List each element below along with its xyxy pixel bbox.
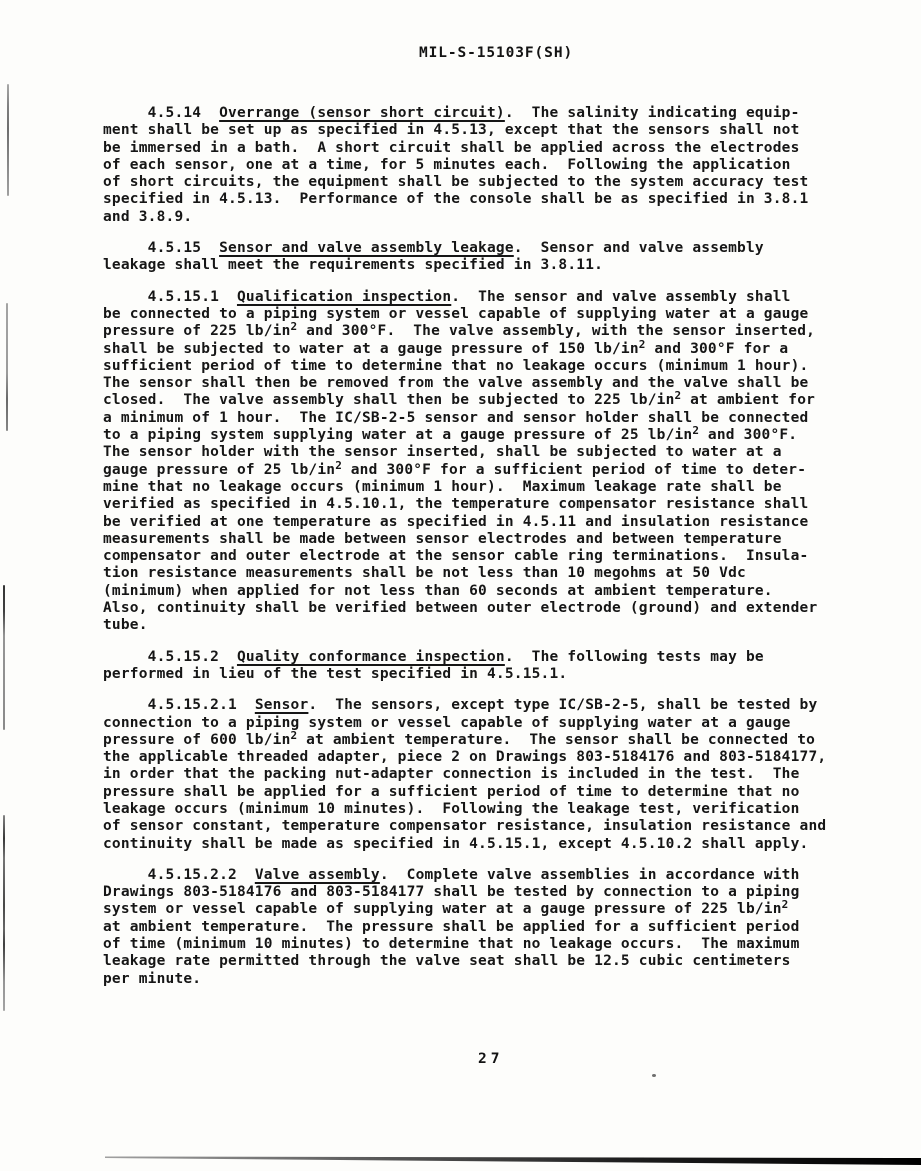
text-segment: 4.5.15.1 [103, 289, 237, 305]
text-segment: 4.5.15.2.2 [103, 867, 255, 883]
text-segment: and 300°F. [699, 427, 797, 443]
text-line: The sensor shall then be removed from th… [103, 375, 863, 392]
text-segment: pressure shall be applied for a sufficie… [103, 784, 800, 800]
text-line: of sensor constant, temperature compensa… [103, 818, 863, 835]
text-line: leakage shall meet the requirements spec… [103, 257, 863, 274]
text-segment: (minimum) when applied for not less than… [103, 583, 773, 599]
text-line: Drawings 803-5184176 and 803-5184177 sha… [103, 884, 863, 901]
text-segment: The sensor shall then be removed from th… [103, 375, 808, 391]
text-segment: Drawings 803-5184176 and 803-5184177 sha… [103, 884, 800, 900]
text-line: specified in 4.5.13. Performance of the … [103, 191, 863, 208]
left-edge-scan-artifact [7, 84, 9, 196]
text-segment: of sensor constant, temperature compensa… [103, 818, 826, 834]
speck-artifact [652, 1074, 656, 1077]
text-line: pressure of 225 lb/in2 and 300°F. The va… [103, 323, 863, 340]
text-segment: mine that no leakage occurs (minimum 1 h… [103, 479, 782, 495]
superscript: 2 [291, 320, 298, 333]
superscript: 2 [692, 424, 699, 437]
bottom-scan-artifact-line [105, 1149, 921, 1167]
text-line: be connected to a piping system or vesse… [103, 306, 863, 323]
text-segment: of short circuits, the equipment shall b… [103, 174, 808, 190]
paragraph-4-5-15-2-1: 4.5.15.2.1 Sensor. The sensors, except t… [103, 697, 863, 853]
text-segment: . The following tests may be [505, 649, 764, 665]
text-segment: pressure of 225 lb/in [103, 323, 291, 339]
left-edge-scan-artifact [6, 303, 8, 431]
text-line: continuity shall be made as specified in… [103, 836, 863, 853]
text-segment: The sensor holder with the sensor insert… [103, 444, 782, 460]
text-line: 4.5.15.2.1 Sensor. The sensors, except t… [103, 697, 863, 714]
section-title: Valve assembly [255, 867, 380, 883]
section-title: Sensor and valve assembly leakage [219, 240, 514, 256]
text-segment: pressure of 600 lb/in [103, 732, 291, 748]
text-line: compensator and outer electrode at the s… [103, 548, 863, 565]
text-segment: . Complete valve assemblies in accordanc… [380, 867, 800, 883]
document-id-header: MIL-S-15103F(SH) [419, 45, 573, 62]
text-segment: at ambient for [681, 392, 815, 408]
text-line: of time (minimum 10 minutes) to determin… [103, 936, 863, 953]
text-line: and 3.8.9. [103, 209, 863, 226]
text-segment: 4.5.14 [103, 105, 219, 121]
text-line: per minute. [103, 971, 863, 988]
text-segment: system or vessel capable of supplying wa… [103, 901, 782, 917]
paragraph-4-5-15-2: 4.5.15.2 Quality conformance inspection.… [103, 649, 863, 684]
text-segment: to a piping system supplying water at a … [103, 427, 692, 443]
text-line: Also, continuity shall be verified betwe… [103, 600, 863, 617]
text-line: 4.5.15 Sensor and valve assembly leakage… [103, 240, 863, 257]
paragraph-4-5-15-1: 4.5.15.1 Qualification inspection. The s… [103, 289, 863, 635]
text-segment: . Sensor and valve assembly [514, 240, 764, 256]
text-line: shall be subjected to water at a gauge p… [103, 341, 863, 358]
left-edge-scan-artifact [3, 585, 5, 730]
text-segment: gauge pressure of 25 lb/in [103, 462, 335, 478]
text-segment: leakage occurs (minimum 10 minutes). Fol… [103, 801, 800, 817]
text-line: pressure of 600 lb/in2 at ambient temper… [103, 732, 863, 749]
text-segment: . The salinity indicating equip- [505, 105, 800, 121]
text-line: be verified at one temperature as specif… [103, 514, 863, 531]
text-segment: tube. [103, 617, 148, 633]
text-line: The sensor holder with the sensor insert… [103, 444, 863, 461]
text-line: the applicable threaded adapter, piece 2… [103, 749, 863, 766]
text-line: 4.5.15.2.2 Valve assembly. Complete valv… [103, 867, 863, 884]
text-line: mine that no leakage occurs (minimum 1 h… [103, 479, 863, 496]
text-line: closed. The valve assembly shall then be… [103, 392, 863, 409]
text-segment: connection to a piping system or vessel … [103, 715, 791, 731]
text-line: to a piping system supplying water at a … [103, 427, 863, 444]
text-segment: verified as specified in 4.5.10.1, the t… [103, 496, 808, 512]
superscript: 2 [639, 338, 646, 351]
superscript: 2 [335, 459, 342, 472]
text-segment: measurements shall be made between senso… [103, 531, 782, 547]
text-segment: closed. The valve assembly shall then be… [103, 392, 675, 408]
page-number: 27 [478, 1051, 503, 1068]
text-segment: of each sensor, one at a time, for 5 min… [103, 157, 791, 173]
text-segment: leakage shall meet the requirements spec… [103, 257, 603, 273]
text-line: a minimum of 1 hour. The IC/SB-2-5 senso… [103, 410, 863, 427]
text-line: of short circuits, the equipment shall b… [103, 174, 863, 191]
text-line: ment shall be set up as specified in 4.5… [103, 122, 863, 139]
paragraph-4-5-14: 4.5.14 Overrange (sensor short circuit).… [103, 105, 863, 226]
text-segment: 4.5.15.2 [103, 649, 237, 665]
text-line: tion resistance measurements shall be no… [103, 565, 863, 582]
text-segment: . The sensors, except type IC/SB-2-5, sh… [308, 697, 817, 713]
text-segment: sufficient period of time to determine t… [103, 358, 808, 374]
text-line: pressure shall be applied for a sufficie… [103, 784, 863, 801]
text-segment: and 3.8.9. [103, 209, 192, 225]
text-line: 4.5.15.1 Qualification inspection. The s… [103, 289, 863, 306]
text-segment: continuity shall be made as specified in… [103, 836, 808, 852]
text-segment: the applicable threaded adapter, piece 2… [103, 749, 826, 765]
superscript: 2 [675, 389, 682, 402]
text-segment: in order that the packing nut-adapter co… [103, 766, 800, 782]
text-line: leakage occurs (minimum 10 minutes). Fol… [103, 801, 863, 818]
text-line: connection to a piping system or vessel … [103, 715, 863, 732]
text-line: 4.5.15.2 Quality conformance inspection.… [103, 649, 863, 666]
text-segment: be connected to a piping system or vesse… [103, 306, 808, 322]
text-line: verified as specified in 4.5.10.1, the t… [103, 496, 863, 513]
text-segment: compensator and outer electrode at the s… [103, 548, 808, 564]
text-segment: at ambient temperature. The sensor shall… [297, 732, 815, 748]
paragraph-4-5-15-2-2: 4.5.15.2.2 Valve assembly. Complete valv… [103, 867, 863, 988]
text-line: (minimum) when applied for not less than… [103, 583, 863, 600]
scanned-document-page: MIL-S-15103F(SH) 4.5.14 Overrange (senso… [0, 0, 921, 1171]
text-line: gauge pressure of 25 lb/in2 and 300°F fo… [103, 462, 863, 479]
section-title: Quality conformance inspection [237, 649, 505, 665]
text-segment: a minimum of 1 hour. The IC/SB-2-5 senso… [103, 410, 808, 426]
section-title: Sensor [255, 697, 309, 713]
text-segment: per minute. [103, 971, 201, 987]
section-title: Qualification inspection [237, 289, 451, 305]
text-line: leakage rate permitted through the valve… [103, 953, 863, 970]
text-line: be immersed in a bath. A short circuit s… [103, 140, 863, 157]
text-segment: performed in lieu of the test specified … [103, 666, 567, 682]
text-segment: specified in 4.5.13. Performance of the … [103, 191, 808, 207]
text-segment: of time (minimum 10 minutes) to determin… [103, 936, 800, 952]
section-title: Overrange (sensor short circuit) [219, 105, 505, 121]
text-line: system or vessel capable of supplying wa… [103, 901, 863, 918]
text-line: performed in lieu of the test specified … [103, 666, 863, 683]
text-segment: leakage rate permitted through the valve… [103, 953, 791, 969]
document-body: 4.5.14 Overrange (sensor short circuit).… [103, 105, 863, 1002]
text-segment: be immersed in a bath. A short circuit s… [103, 140, 800, 156]
text-segment: ment shall be set up as specified in 4.5… [103, 122, 800, 138]
text-segment: be verified at one temperature as specif… [103, 514, 808, 530]
text-line: at ambient temperature. The pressure sha… [103, 919, 863, 936]
text-segment: at ambient temperature. The pressure sha… [103, 919, 800, 935]
text-line: tube. [103, 617, 863, 634]
text-segment: and 300°F for a sufficient period of tim… [342, 462, 806, 478]
paragraph-4-5-15: 4.5.15 Sensor and valve assembly leakage… [103, 240, 863, 275]
text-line: measurements shall be made between senso… [103, 531, 863, 548]
text-line: in order that the packing nut-adapter co… [103, 766, 863, 783]
text-segment: . The sensor and valve assembly shall [451, 289, 790, 305]
text-segment: tion resistance measurements shall be no… [103, 565, 746, 581]
text-segment: and 300°F. The valve assembly, with the … [297, 323, 815, 339]
superscript: 2 [291, 729, 298, 742]
text-line: 4.5.14 Overrange (sensor short circuit).… [103, 105, 863, 122]
text-segment: Also, continuity shall be verified betwe… [103, 600, 817, 616]
left-edge-scan-artifact [3, 815, 5, 1011]
text-segment: 4.5.15.2.1 [103, 697, 255, 713]
text-line: of each sensor, one at a time, for 5 min… [103, 157, 863, 174]
superscript: 2 [782, 898, 789, 911]
text-segment: shall be subjected to water at a gauge p… [103, 341, 639, 357]
text-line: sufficient period of time to determine t… [103, 358, 863, 375]
text-segment: 4.5.15 [103, 240, 219, 256]
text-segment: and 300°F for a [645, 341, 788, 357]
